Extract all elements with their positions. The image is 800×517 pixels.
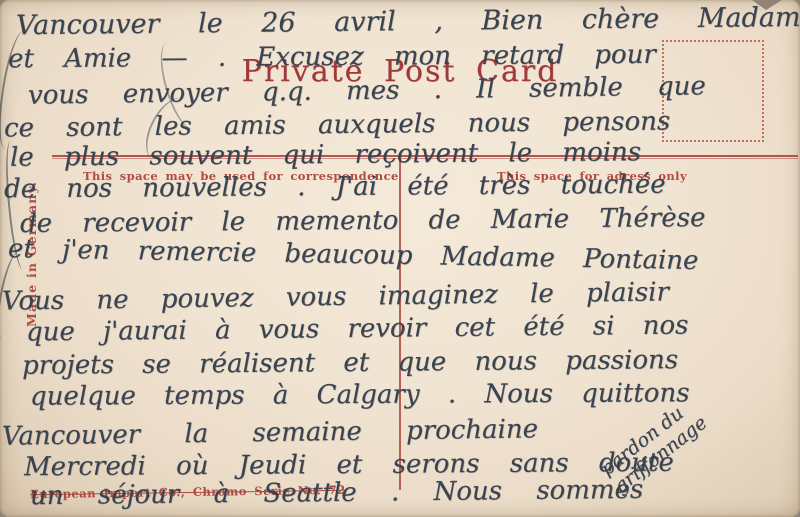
- handwriting-layer: Vancouver le 26 avril , Bien chère Madam…: [0, 0, 800, 517]
- handwriting-line: Vous ne pouvez vous imaginez le plaisir: [2, 277, 669, 316]
- handwriting-line: un séjour à Seattle . Nous sommes: [30, 475, 644, 511]
- handwriting-line: que j'aurai à vous revoir cet été si nos: [26, 311, 689, 348]
- handwriting-line: Vancouver la semaine prochaine: [2, 414, 538, 451]
- postcard: Private Post Card This space may be used…: [0, 0, 800, 517]
- handwriting-line: de recevoir le memento de Marie Thérèse: [20, 203, 706, 239]
- handwriting-line: vous envoyer q.q. mes . Il semble que: [28, 71, 706, 110]
- handwriting-line: Vancouver le 26 avril , Bien chère Madam…: [16, 2, 800, 41]
- handwriting-line: et j'en remercie beaucoup Madame Pontain…: [8, 234, 699, 276]
- handwriting-line: projets se réalisent et que nous passion…: [22, 345, 678, 381]
- handwriting-line: quelque temps à Calgary . Nous quittons: [30, 378, 690, 411]
- handwriting-line: et Amie — . Excusez mon retard pour: [8, 40, 656, 75]
- diagonal-handwritten-note: pardon du griffonnage: [596, 394, 711, 497]
- handwriting-line: de nos nouvelles . J'ai été très touchée: [4, 170, 666, 205]
- handwriting-line: le plus souvent qui reçoivent le moins: [10, 137, 641, 173]
